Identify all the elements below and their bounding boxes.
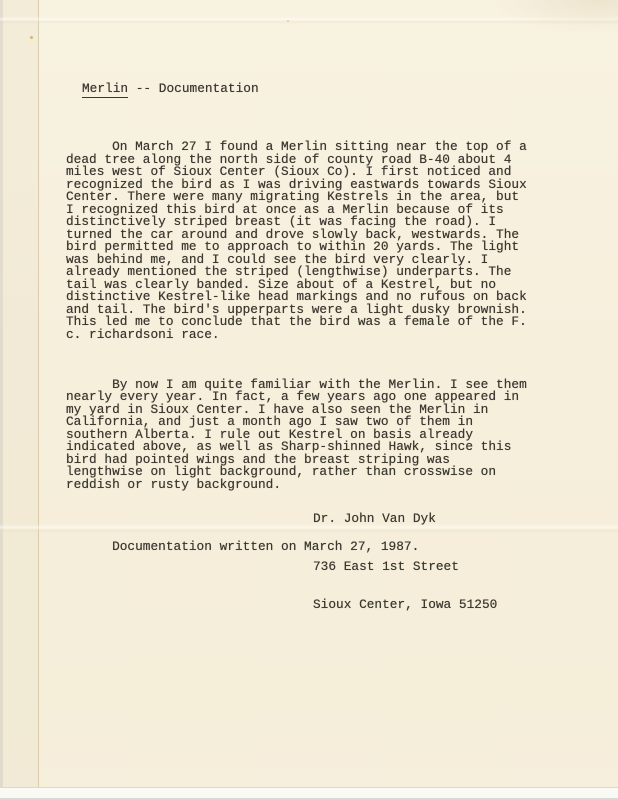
paragraph-sighting: On March 27 I found a Merlin sitting nea…: [66, 141, 527, 341]
page-bottom-edge: [0, 787, 618, 800]
document-title: Merlin -- Documentation: [82, 83, 259, 96]
signature-address: 736 East 1st Street Sioux Center, Iowa 5…: [313, 536, 497, 636]
paper-speck: [30, 36, 33, 39]
address-line-city: Sioux Center, Iowa 51250: [313, 599, 497, 612]
paper-corner-curl: [488, 0, 618, 34]
letter-body: On March 27 I found a Merlin sitting nea…: [66, 116, 527, 579]
document-title-rest: -- Documentation: [128, 81, 259, 96]
page-left-edge: [0, 0, 39, 800]
scanned-letter-page: Merlin -- Documentation On March 27 I fo…: [0, 0, 618, 800]
paragraph-experience: By now I am quite familiar with the Merl…: [66, 379, 527, 492]
signature-name: Dr. John Van Dyk: [313, 513, 436, 526]
paper-speck: [287, 20, 289, 22]
address-line-street: 736 East 1st Street: [313, 561, 497, 574]
document-title-word: Merlin: [82, 81, 128, 98]
